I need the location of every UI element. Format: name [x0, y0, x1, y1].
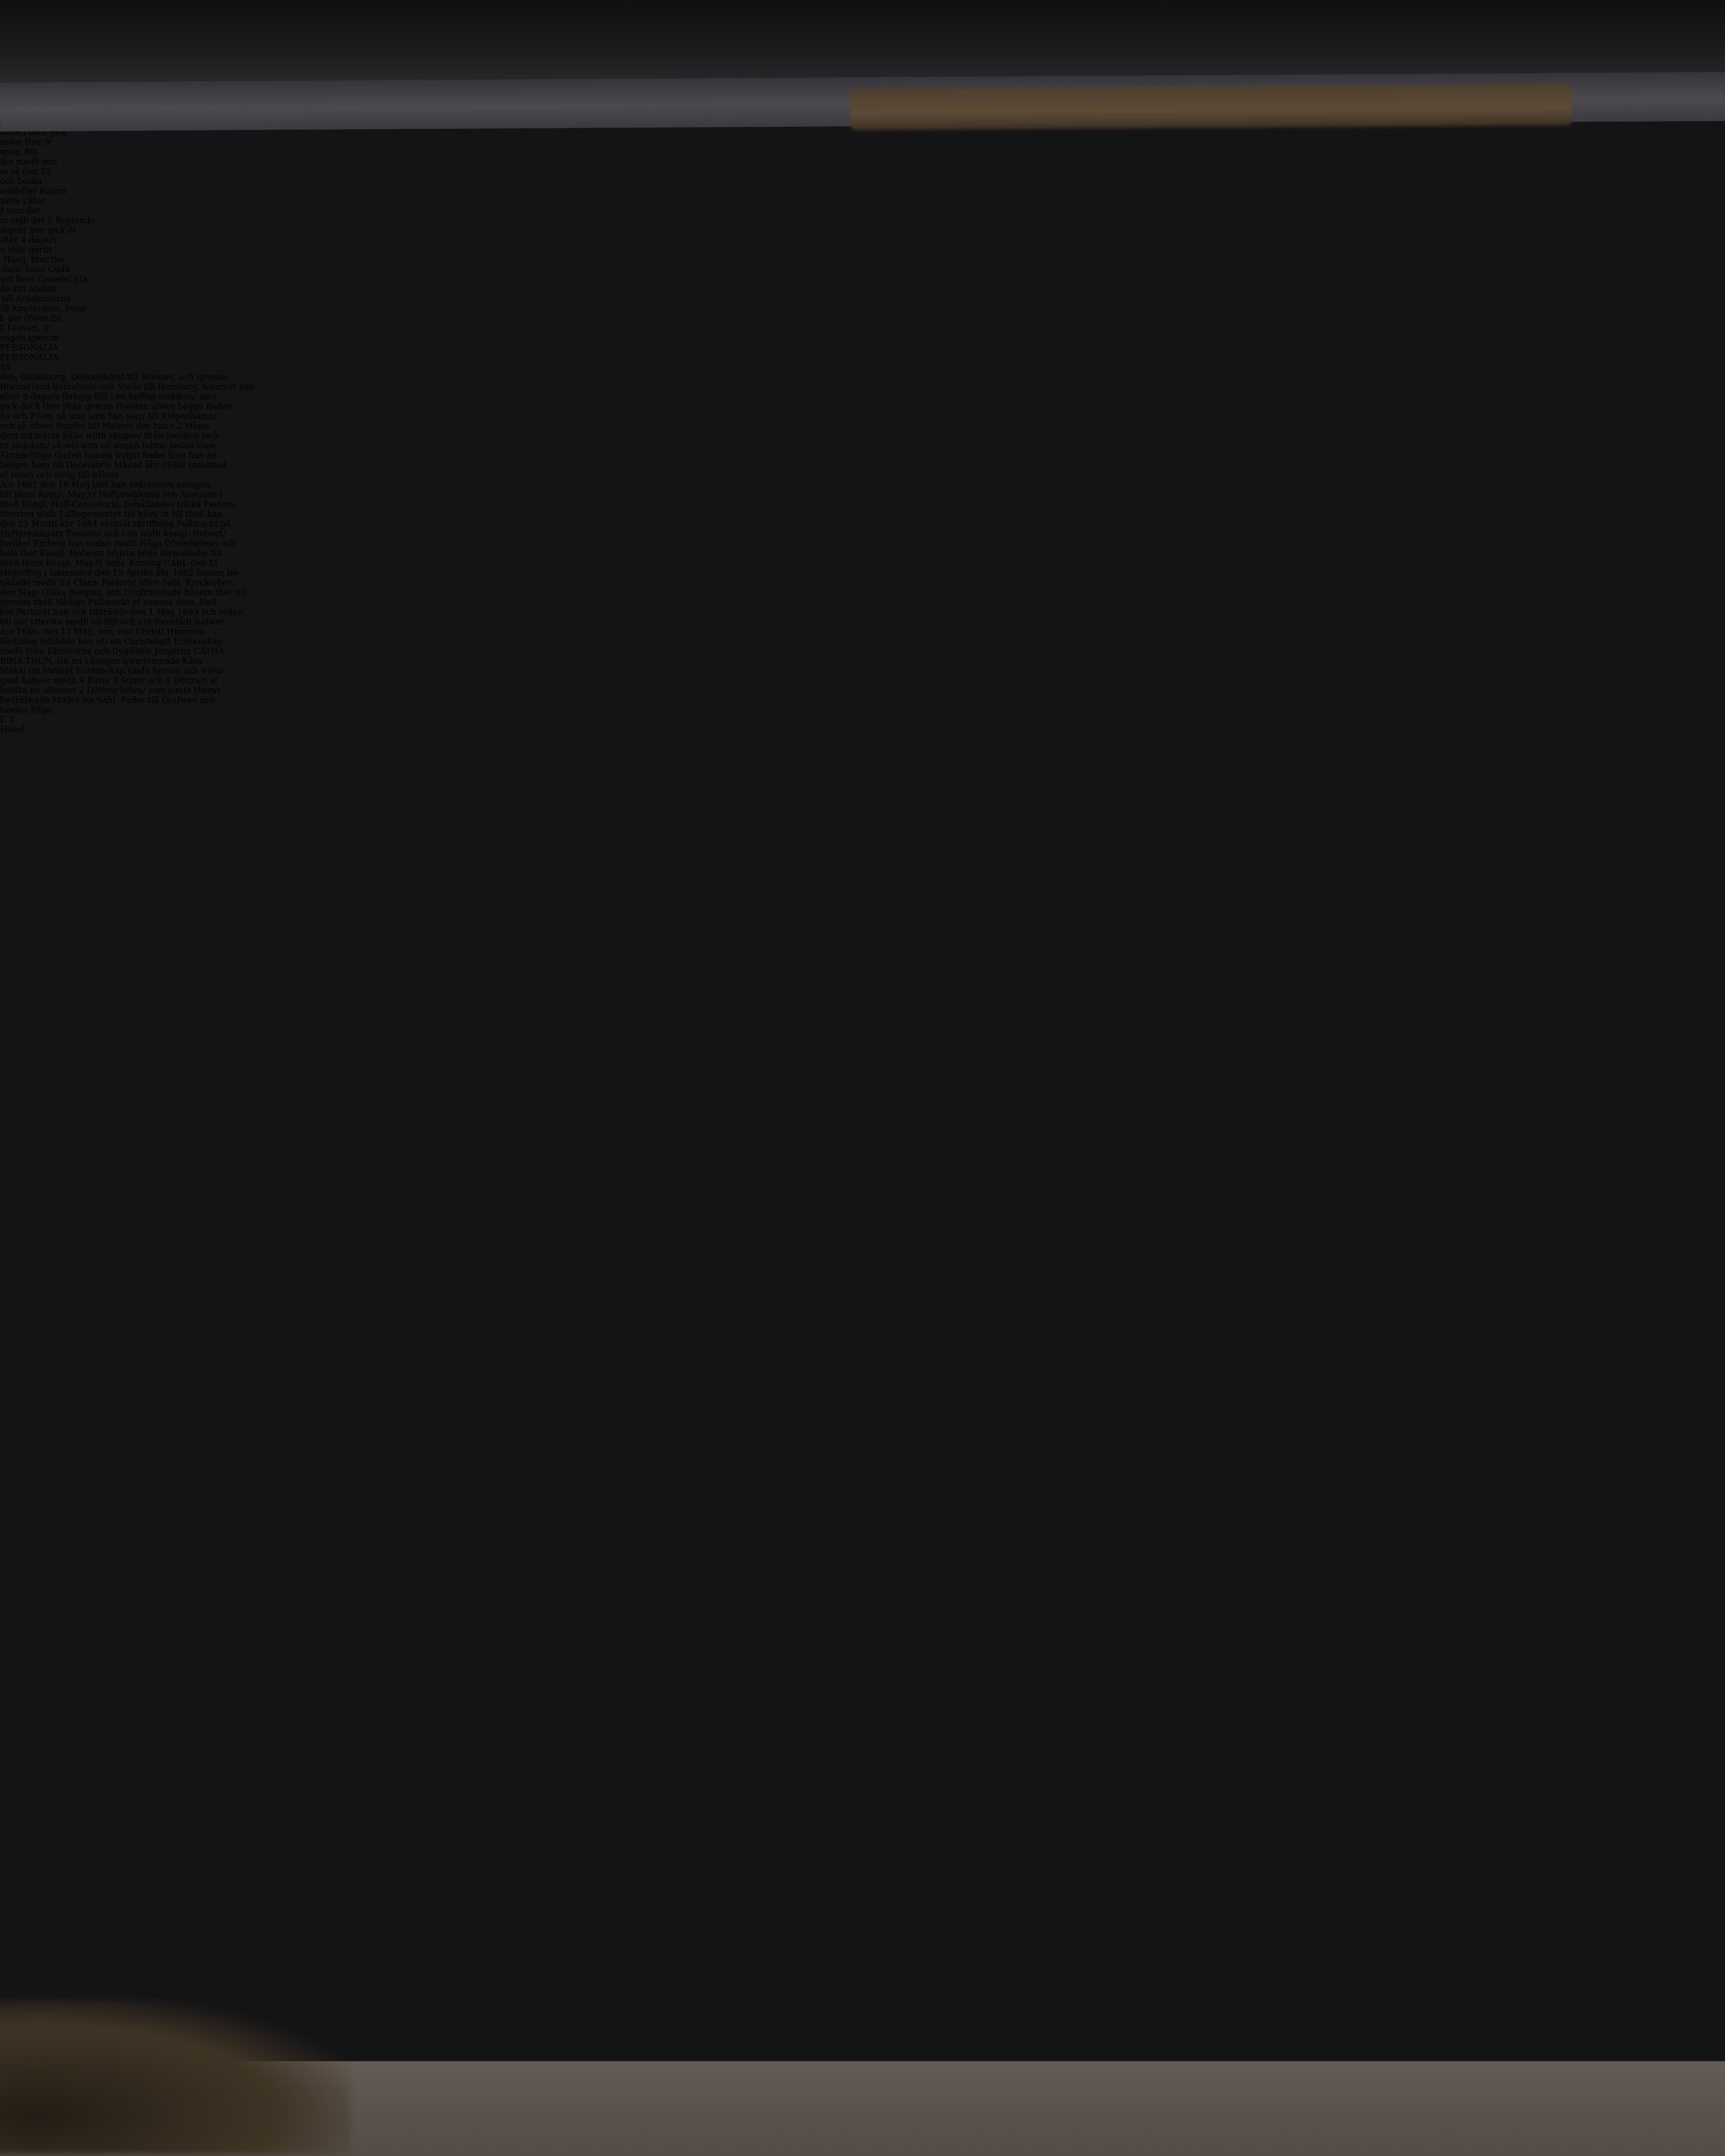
left-page-fragment: riel efter 4 dagars: [0, 235, 1725, 245]
catchword: Hwad: [0, 725, 1725, 734]
body-line: af resan och swag till hålsan.: [0, 470, 1725, 480]
left-page-fragment: m stål/ gärilt: [0, 245, 1725, 255]
body-line: den 25 Martii åhr 1684 ehrhölt skrifftel…: [0, 519, 1725, 529]
left-page-fragment: så till Leuven, d: [0, 323, 1725, 333]
left-page-fragment: igandes ther fr: [0, 137, 1725, 147]
main-page: PERSONALIA PERSONALIA. 85 den, Oldenburg…: [0, 343, 1725, 734]
body-line: A:o 1682 den 18 Maij blef han sedermera …: [0, 480, 1725, 490]
left-page-fragment: lika medh ann: [0, 157, 1725, 166]
body-line: A:o 1686. den 13 Maij, som war Christi H…: [0, 627, 1725, 636]
signature-mark: L 3: [0, 715, 1725, 725]
body-line: hwilket Embete han sedan medh Höga Öfwer…: [0, 538, 1725, 548]
body-line: bedröfwade Moder sin Sahl. Fader till Gr…: [0, 695, 1725, 705]
body-line: igenom theß Nådige Fullmackt af samma da…: [0, 597, 1725, 607]
left-page-fragment: till Amsterdam, hwar: [0, 304, 1725, 313]
body-line: den, Oldenburg, Delmenhorst till Bremen,…: [0, 372, 1725, 382]
body-line: hela thet Kongl. Hofwetz högsta nöije fö…: [0, 548, 1725, 558]
body-line: den Mag: Olaus Bergius, och Confirmerade…: [0, 587, 1725, 597]
left-page-fragment: resa till Academierna: [0, 294, 1725, 304]
left-page-fragment: hade sitt audien: [0, 284, 1725, 294]
left-page-fragment: just hoos General Sta: [0, 274, 1725, 284]
body-line: hwilka nu allenast 2 Döttrar lefwa/ som …: [0, 685, 1725, 695]
text-block: PERSONALIA PERSONALIA. 85 den, Oldenburg…: [0, 343, 1725, 734]
body-line: na och Füen, så siuk som han war/ till K…: [0, 411, 1725, 421]
left-page-fragment: Collegier, Bib: [0, 147, 1725, 157]
body-line: theß Hans Kongl. May:tt Sahl. Konung CAR…: [0, 558, 1725, 568]
body-line: nådade medh S:t Claræ Pastorat efter Sah…: [0, 578, 1725, 587]
header-show-through: PERSONALIA: [0, 343, 1725, 352]
signature-row: L 3 Hwad: [0, 715, 1725, 734]
body-line: och så öfwer Sundet till Malmö/ der han …: [0, 421, 1725, 431]
body-line: ket Pastorat han och tillträdde den 1 Ma…: [0, 607, 1725, 617]
body-line: ders tid måste hålla widh sängen/ ifrån …: [0, 431, 1725, 441]
left-page-fragment: llor, och besän: [0, 176, 1725, 186]
body-line: till sitt yttersta medh all flijt och ni…: [0, 617, 1725, 627]
left-page-fragment: till Haag, ther the: [0, 255, 1725, 264]
left-page-fragment: rske så den 23: [0, 166, 1725, 176]
body-text: den, Oldenburg, Delmenhorst till Bremen,…: [0, 372, 1725, 715]
body-line: tiensten widh LifRegementet till häst/ i…: [0, 509, 1725, 519]
left-page-fragment: och der öfwer Zu: [0, 313, 1725, 323]
body-line: ra siukdom/ så wål som all annan fahra/ …: [0, 441, 1725, 450]
left-page-fragment: hwad som der: [0, 206, 1725, 215]
body-line: RINA THUN, sin nu i Sorgen qwarlemnade K…: [0, 656, 1725, 666]
page-title: PERSONALIA.: [0, 352, 1725, 362]
body-line: Alzmächtige Guden honom hulpit hade/ kom…: [0, 450, 1725, 460]
left-page-fragment: ojen Sahl. hoos Gudh: [0, 264, 1725, 274]
spine-leather: [850, 84, 1572, 130]
body-line: gnat hafwer medh 9 Barn/ 4 Söner och 5 D…: [0, 676, 1725, 685]
body-line: efter 8 dagars förlopp föll i en häfftig…: [0, 392, 1725, 401]
body-line: theß Kongl. Hoff-Consistorio, behållande…: [0, 499, 1725, 509]
body-line: teligen hem uti Decembris Månad åhr 1680…: [0, 460, 1725, 470]
left-page-fragment: an sigh der 5 Septemb:: [0, 215, 1725, 225]
book-photo-scene: IA. Giötheborg/ och denar ifrån resan gä…: [0, 0, 1725, 2156]
left-page-fragment: å paquer han gick öf: [0, 225, 1725, 235]
body-line: färdzdag inträdde han uti ett Christelig…: [0, 636, 1725, 646]
body-line: Höglofflig i åminnelse den 19 Aprilis åh…: [0, 568, 1725, 578]
bottom-left-shadow: [0, 1999, 350, 2154]
body-line: Hoffpredikantz Tiensten och Lön widh Kon…: [0, 529, 1725, 538]
left-page-fragment: ermera i åter: [0, 196, 1725, 206]
left-page-fragment: sestädter Konun: [0, 186, 1725, 196]
body-line: Bremerland Boxtahude och Stade till Hamb…: [0, 382, 1725, 392]
left-page-fragment: wägen igenom: [0, 333, 1725, 343]
body-line: gick dock ther ifrån genom Holsten öfwer…: [0, 401, 1725, 411]
page-number: 85: [0, 362, 1725, 372]
body-line: medh then Ehreborne och Dygdädle Jungfru…: [0, 646, 1725, 656]
body-line: Maka/ uti hwilket Echtenskap Gudh honom …: [0, 666, 1725, 676]
body-line: till Hans Kongl. May:tz Hoffpredikant/ o…: [0, 490, 1725, 499]
body-line: tandes föllja.: [0, 705, 1725, 715]
